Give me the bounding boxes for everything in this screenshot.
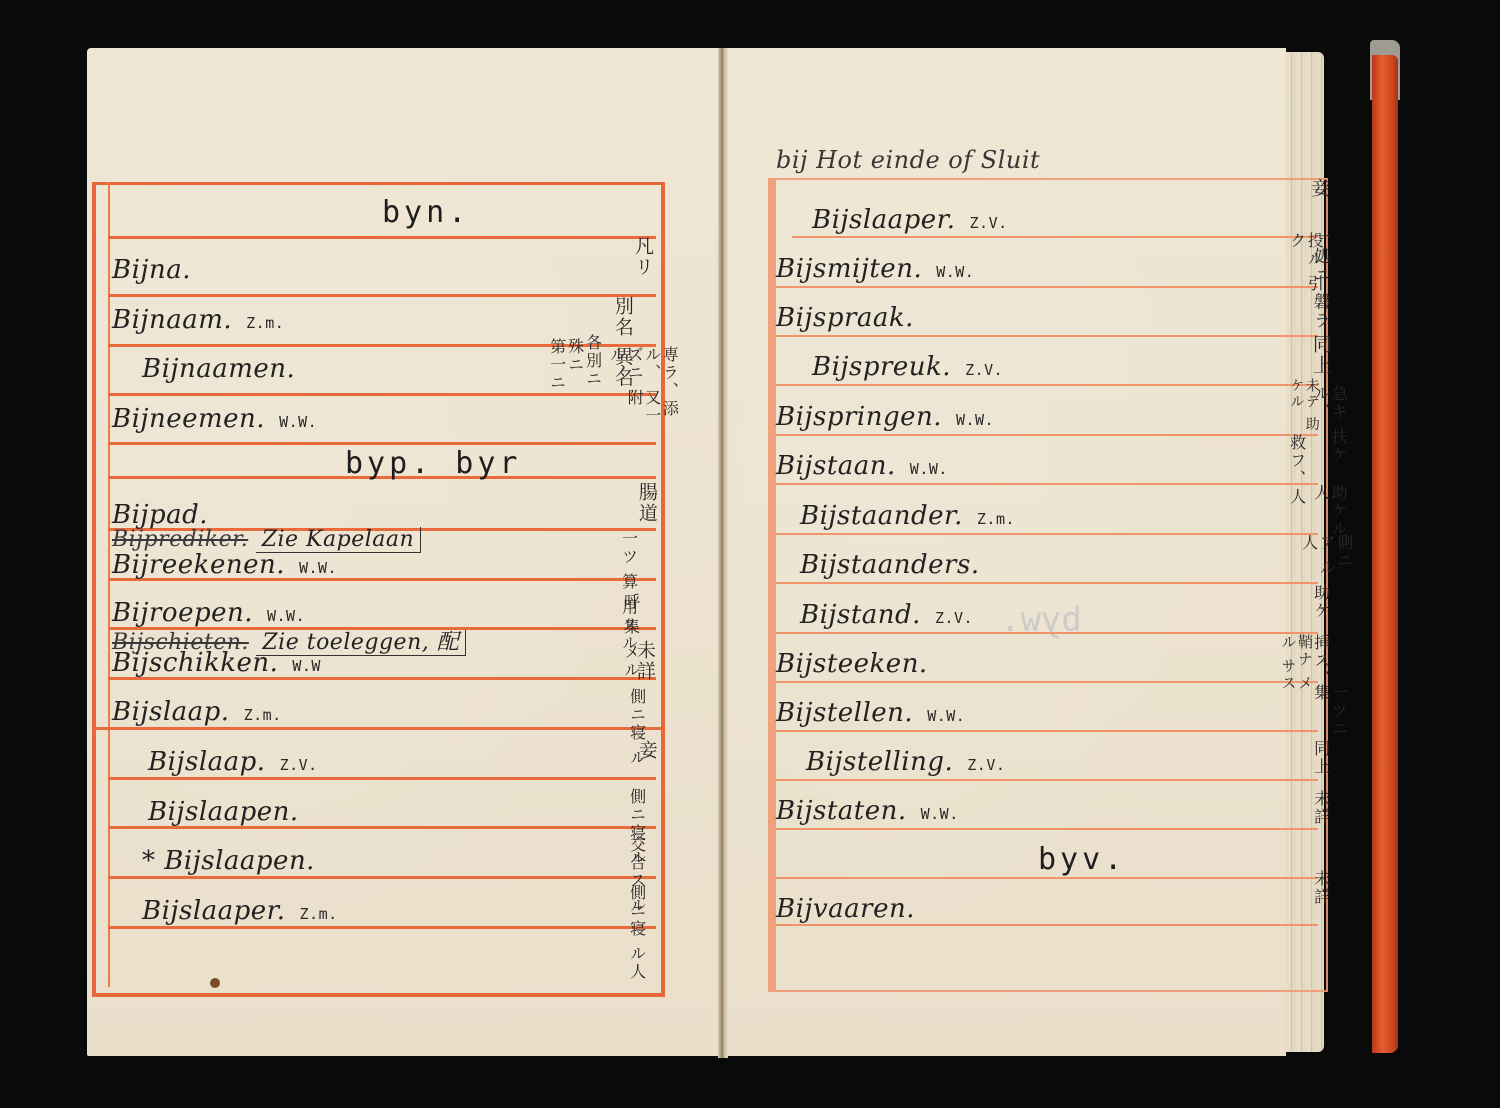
dictionary-entry: Bijvaaren.	[776, 894, 929, 924]
japanese-gloss: 第一ニ	[548, 338, 566, 392]
book-gutter	[718, 48, 728, 1058]
dictionary-entry: Bijslaapen.	[148, 797, 313, 827]
japanese-gloss: 腸道	[636, 482, 657, 524]
dictionary-entry: Bijstellen.W.W.	[776, 698, 965, 728]
japanese-gloss: 一ツニ 集	[1312, 684, 1347, 744]
ruled-line	[108, 294, 656, 297]
dictionary-entry: Bijslaaper.Z.V.	[812, 205, 1008, 235]
dictionary-entry: Bijschikken.W.W	[112, 648, 321, 678]
ruled-line	[776, 828, 1318, 830]
ruled-line	[776, 533, 1318, 535]
japanese-gloss: 側ニ寝 ル人	[628, 884, 646, 981]
dictionary-entry: Bijna.	[112, 255, 205, 285]
dictionary-entry: Bijstaten.W.W.	[776, 796, 959, 826]
dictionary-entry-crossref: Bijprediker. Zie Kapelaan	[112, 527, 421, 552]
ruled-line	[92, 727, 662, 730]
ruled-line	[776, 335, 1318, 337]
ruled-line	[776, 730, 1318, 732]
japanese-gloss: 鞘ナ メル サス	[1280, 634, 1313, 704]
bleed-through-text: byw.	[1000, 600, 1082, 640]
ruled-line	[776, 286, 1318, 288]
dictionary-entry: Bijnaamen.	[142, 354, 309, 384]
dictionary-entry: Bijsmijten.W.W.	[776, 254, 974, 284]
ruled-line	[108, 442, 656, 445]
ruled-line	[792, 236, 1318, 238]
dictionary-entry: Bijslaap.Z.V.	[148, 747, 318, 777]
japanese-gloss: 妾	[636, 740, 657, 761]
dictionary-entry: Bijstaanders.	[800, 550, 994, 580]
japanese-gloss: 投ル 引ク	[1288, 232, 1323, 302]
ruled-line	[108, 393, 656, 396]
dictionary-entry: Bijspraak.	[776, 303, 928, 333]
japanese-gloss: 専ラ、添ル、 又一ズニ 附ル、	[608, 346, 678, 436]
japanese-gloss: 殊ニ	[566, 338, 584, 374]
section-header-byv: byv.	[1038, 842, 1126, 877]
japanese-gloss: 凡リ	[632, 236, 653, 278]
dictionary-entry: Bijslaap.Z.m.	[112, 697, 282, 727]
ruled-line	[776, 384, 1318, 386]
ruled-line	[776, 632, 1318, 634]
japanese-gloss: 未詳	[1312, 870, 1330, 906]
dictionary-entry: Bijstaan.W.W.	[776, 451, 948, 481]
japanese-gloss: 未詳	[1312, 790, 1330, 826]
book-cover-edge	[1372, 55, 1398, 1053]
dictionary-entry: Bijroepen.W.W.	[112, 598, 305, 628]
section-header-byp-byr: byp. byr	[345, 446, 522, 481]
ruled-line	[776, 483, 1318, 485]
ruled-line	[776, 434, 1318, 436]
ruled-line	[776, 924, 1318, 926]
japanese-gloss: 未テ 助ケル	[1288, 378, 1319, 438]
dictionary-entry: * Bijslaapen.	[142, 846, 329, 876]
section-header-byn: byn.	[382, 195, 470, 230]
japanese-gloss: 妾	[1308, 178, 1329, 199]
dictionary-entry: Bijsteeken.	[776, 649, 942, 679]
dictionary-entry: Bijstand.Z.V.	[800, 600, 973, 630]
dictionary-entry: Bijspringen.W.W.	[776, 402, 994, 432]
ruled-line	[108, 926, 656, 929]
dictionary-entry: Bijspreuk.Z.V.	[812, 352, 1003, 382]
ruled-line	[776, 681, 1318, 683]
ink-stain	[210, 978, 220, 988]
ruled-line	[776, 877, 1318, 879]
dictionary-entry: Bijnaam.Z.m.	[112, 305, 284, 335]
handwritten-top-note: bij Hot einde of Sluit	[776, 146, 1040, 174]
dictionary-entry: Bijreekenen.W.W.	[112, 550, 337, 580]
dictionary-entry: Bijstelling.Z.V.	[806, 747, 1005, 777]
japanese-gloss: 未詳	[634, 640, 655, 682]
ruled-line	[776, 582, 1318, 584]
dictionary-entry: Bijstaander.Z.m.	[800, 501, 1015, 531]
ruled-line	[108, 236, 656, 239]
japanese-gloss: 助ケ	[1312, 584, 1330, 620]
dictionary-entry: Bijpad.	[112, 500, 222, 530]
ruled-line	[776, 779, 1318, 781]
ruled-line	[108, 777, 656, 780]
ruled-line	[108, 876, 656, 879]
dictionary-entry: Bijneemen.W.W.	[112, 404, 317, 434]
japanese-gloss: 同上	[1312, 740, 1330, 776]
japanese-gloss: 同上	[1310, 334, 1331, 376]
japanese-gloss: 各別ニ	[584, 334, 602, 388]
japanese-gloss: 救フ、人	[1288, 434, 1306, 506]
japanese-gloss: 挿ス、	[1312, 634, 1330, 688]
dictionary-entry: Bijslaaper.Z.m.	[142, 896, 338, 926]
